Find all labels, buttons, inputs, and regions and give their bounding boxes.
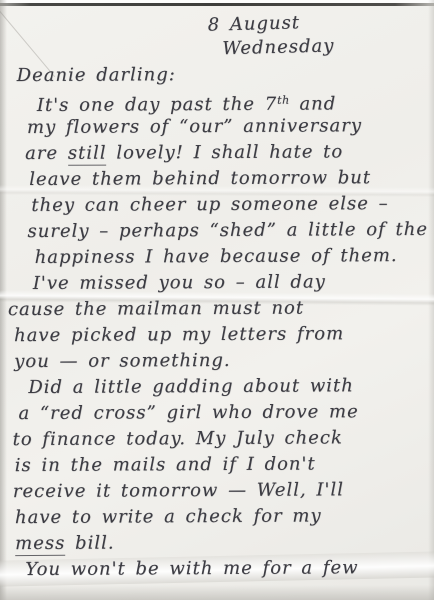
superscript-th: th <box>277 94 290 107</box>
letter-line: receive it tomorrow — Well, I'll <box>13 477 430 505</box>
letter-line: you — or something. <box>14 347 429 375</box>
letter-line: have picked up my letters from <box>14 321 429 349</box>
date-weekday-line: Wednesday <box>222 34 335 61</box>
letter-line: are still lovely! I shall hate to <box>25 139 428 167</box>
paper-top-edge <box>0 3 434 6</box>
letter-line: my flowers of “our” anniversary <box>27 113 428 141</box>
date-month-line: 8 August <box>207 10 334 37</box>
letter-line: to finance today. My July check <box>13 425 430 453</box>
paper-bottom-shadow <box>0 585 434 600</box>
letter-line: surely – perhaps “shed” a little of the <box>27 217 428 245</box>
letter-line: Did a little gadding about with <box>28 373 429 401</box>
letter-line: happiness I have because of them. <box>35 243 429 271</box>
letter-line: they can cheer up someone else – <box>31 191 428 219</box>
letter-line: You won't be with me for a few <box>25 555 430 583</box>
letter-line: I've missed you so – all day <box>33 269 429 297</box>
underlined-word: still <box>68 143 107 166</box>
letter-date: 8 August Wednesday <box>207 10 334 61</box>
letter-line: cause the mailman must not <box>8 295 429 323</box>
letter-line: is in the mails and if I don't <box>15 451 430 479</box>
letter-paper: 8 August Wednesday Deanie darling: It's … <box>0 0 434 600</box>
letter-line: have to write a check for my <box>15 503 430 531</box>
letter-line: mess bill. <box>15 529 430 557</box>
letter-line: leave them behind tomorrow but <box>29 165 428 193</box>
letter-line: It's one day past the 7th and <box>37 87 428 115</box>
letter-body: Deanie darling: It's one day past the 7t… <box>7 61 430 583</box>
letter-line: a “red cross” girl who drove me <box>18 399 429 427</box>
letter-salutation: Deanie darling: <box>17 61 428 89</box>
underlined-word: mess <box>15 533 65 556</box>
